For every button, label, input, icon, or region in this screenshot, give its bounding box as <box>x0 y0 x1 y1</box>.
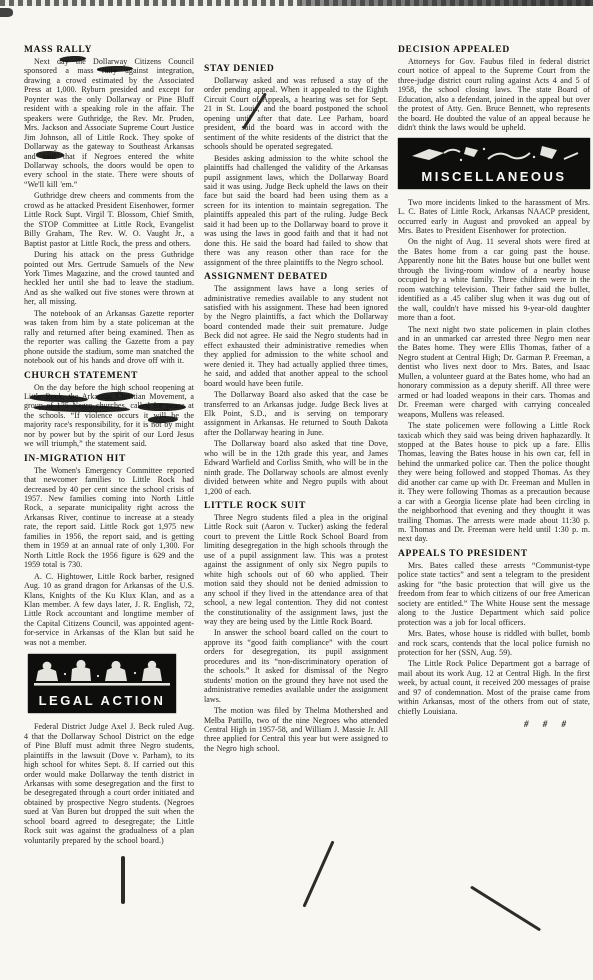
paragraph: On the night of Aug. 11 several shots we… <box>398 237 590 322</box>
miscellaneous-art <box>402 141 586 169</box>
section-heading: DECISION APPEALED <box>398 45 590 55</box>
paragraph: Two more incidents linked to the harassm… <box>398 198 590 236</box>
paragraph: Federal District Judge Axel J. Beck rule… <box>24 722 194 845</box>
paragraph: The Dollarway board also asked that tine… <box>204 439 388 496</box>
section-heading: APPEALS TO PRESIDENT <box>398 549 590 559</box>
ink-blot <box>36 151 64 159</box>
section-heading: IN-MIGRATION HIT <box>24 454 194 464</box>
legal-action-banner: LEGAL ACTION <box>28 654 176 713</box>
end-mark: # # # <box>398 719 590 729</box>
paragraph: Next day the Dollarway Citizens Council … <box>24 57 194 189</box>
paragraph: During his attack on the press Guthridge… <box>24 250 194 307</box>
paragraph: A. C. Hightower, Little Rock barber, res… <box>24 572 194 648</box>
paragraph: In answer the school board called on the… <box>204 628 388 704</box>
paragraph: Three Negro students filed a plea in the… <box>204 513 388 626</box>
column-middle: STAY DENIEDDollarway asked and was refus… <box>204 40 388 847</box>
paragraph: The state policemen were following a Lit… <box>398 421 590 544</box>
newspaper-page: MASS RALLYNext day the Dollarway Citizen… <box>0 0 593 847</box>
paragraph: The notebook of an Arkansas Gazette repo… <box>24 309 194 366</box>
section-heading: MASS RALLY <box>24 45 194 55</box>
paragraph: Guthridge drew cheers and comments from … <box>24 191 194 248</box>
paragraph: Besides asking admission to the white sc… <box>204 154 388 267</box>
section-heading: STAY DENIED <box>204 64 388 74</box>
paragraph: The Women's Emergency Committee reported… <box>24 466 194 570</box>
banner-label: LEGAL ACTION <box>32 693 172 709</box>
section-heading: LITTLE ROCK SUIT <box>204 501 388 511</box>
section-heading: CHURCH STATEMENT <box>24 371 194 381</box>
paragraph: Mrs. Bates, whose house is riddled with … <box>398 629 590 657</box>
pen-stroke <box>302 841 334 908</box>
miscellaneous-banner: MISCELLANEOUS <box>398 138 590 189</box>
paragraph: The Little Rock Police Department got a … <box>398 659 590 716</box>
paragraph: The next night two state policemen in pl… <box>398 325 590 420</box>
paragraph: The motion was filed by Thelma Mothershe… <box>204 706 388 753</box>
paragraph: Mrs. Bates called these arrests “Communi… <box>398 561 590 627</box>
paragraph: The Dollarway Board also asked that the … <box>204 390 388 437</box>
paragraph: Dollarway asked and was refused a stay o… <box>204 76 388 152</box>
section-heading: ASSIGNMENT DEBATED <box>204 272 388 282</box>
paragraph: The assignment laws have a long series o… <box>204 284 388 388</box>
column-right: DECISION APPEALEDAttorneys for Gov. Faub… <box>398 40 590 847</box>
column-left: MASS RALLYNext day the Dollarway Citizen… <box>24 40 194 847</box>
paragraph: Attorneys for Gov. Faubus filed in feder… <box>398 57 590 133</box>
banner-label: MISCELLANEOUS <box>402 169 586 185</box>
pen-stroke <box>470 885 541 931</box>
ink-blot <box>138 403 186 411</box>
pen-stroke <box>121 856 125 904</box>
legal-action-art <box>32 657 172 693</box>
